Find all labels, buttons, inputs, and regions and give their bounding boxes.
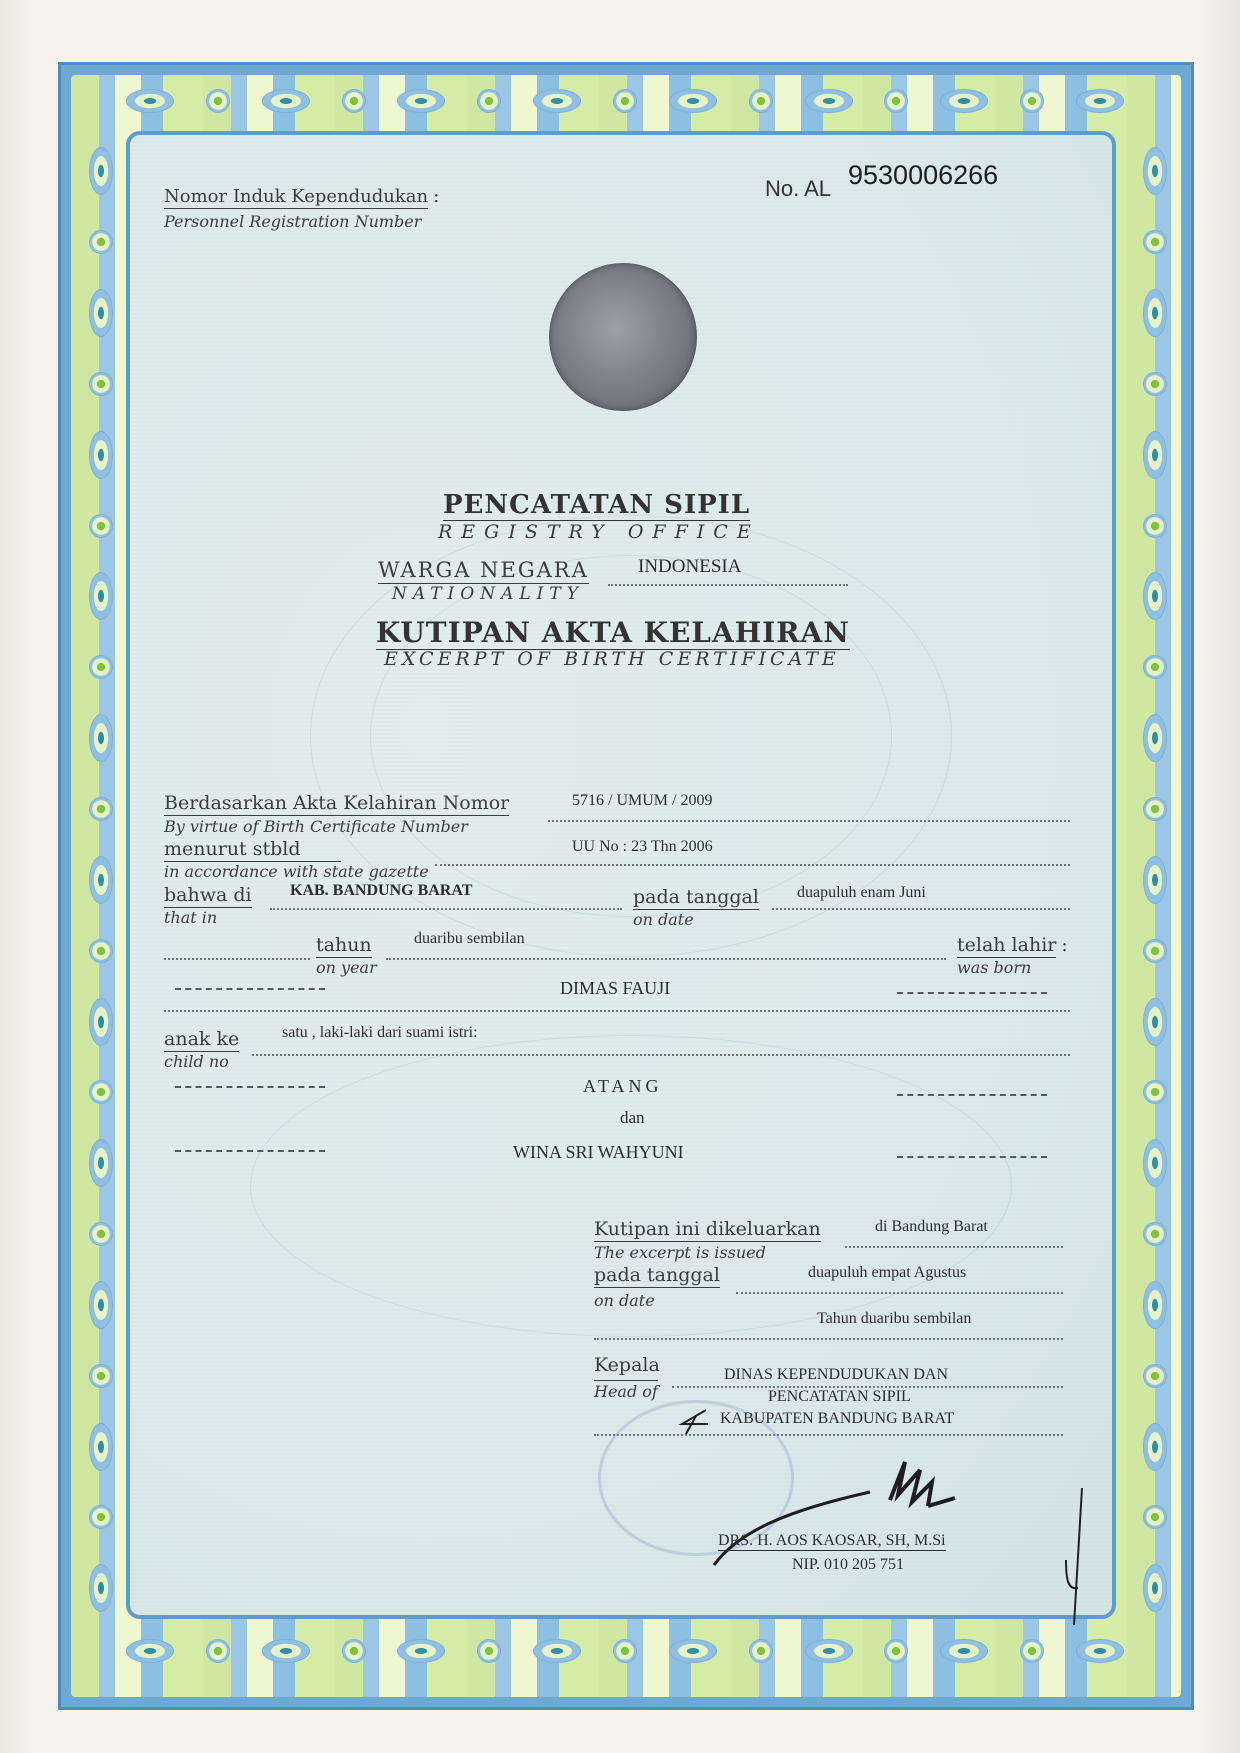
born-label: telah lahir : — [957, 934, 1068, 956]
child-no-dotline — [252, 1054, 1070, 1056]
father-name: ATANG — [583, 1076, 663, 1097]
mother-right-dash — [897, 1156, 1047, 1158]
nationality-label-id: WARGA NEGARA — [378, 558, 589, 584]
agency-line-3: KABUPATEN BANDUNG BARAT — [720, 1410, 954, 1428]
child-name-right-dash — [897, 992, 1047, 994]
issued-label: Kutipan ini dikeluarkan — [594, 1218, 821, 1240]
born-label-id: telah lahir — [957, 934, 1056, 958]
conjunction: dan — [620, 1108, 645, 1128]
registration-colon: : — [433, 186, 439, 207]
gazette-label-id: menurut stbld — [164, 838, 341, 862]
head-label: Kepala — [594, 1354, 660, 1376]
official-nip: NIP. 010 205 751 — [792, 1556, 904, 1574]
cert-number-label-en: By virtue of Birth Certificate Number — [164, 817, 468, 836]
issued-date-label-en: on date — [594, 1291, 655, 1310]
office-subtitle: REGISTRY OFFICE — [438, 521, 760, 543]
year-label-en: on year — [316, 958, 377, 977]
born-label-en: was born — [957, 958, 1031, 977]
issued-year: Tahun duaribu sembilan — [817, 1310, 971, 1328]
paraf-mark — [676, 1406, 716, 1436]
registration-label-id: Nomor Induk Kependudukan — [164, 186, 428, 209]
office-title: PENCATATAN SIPIL — [443, 490, 750, 521]
date-dotline — [772, 908, 1070, 910]
embossed-seal — [549, 263, 697, 411]
cert-number-label: Berdasarkan Akta Kelahiran Nomor — [164, 792, 509, 814]
border-ornaments-left — [86, 130, 116, 1630]
cert-number-label-id: Berdasarkan Akta Kelahiran Nomor — [164, 792, 509, 816]
serial-prefix: No. AL — [765, 176, 831, 202]
nationality-label-en: NATIONALITY — [392, 584, 584, 604]
head-label-en: Head of — [594, 1380, 658, 1401]
nationality-label: WARGA NEGARA — [378, 558, 589, 582]
date-label-id: pada tanggal — [633, 886, 759, 910]
born-colon: : — [1061, 935, 1067, 956]
child-name-dotline — [164, 1010, 1070, 1012]
issued-year-dotline — [594, 1338, 1063, 1340]
place-label: bahwa di — [164, 884, 252, 906]
year-value: duaribu sembilan — [414, 930, 525, 948]
issued-label-en: The excerpt is issued — [594, 1243, 766, 1262]
mother-name: WINA SRI WAHYUNI — [513, 1142, 684, 1163]
issued-place-dotline — [845, 1246, 1063, 1248]
gazette-dotline — [435, 864, 1070, 866]
year-dotline — [386, 958, 946, 960]
child-name: DIMAS FAUJI — [560, 978, 670, 999]
nationality-value: INDONESIA — [638, 556, 741, 578]
date-label-en: on date — [633, 910, 694, 929]
border-ornaments-bottom — [110, 1636, 1140, 1666]
date-label: pada tanggal — [633, 886, 759, 908]
father-right-dash — [897, 1094, 1047, 1096]
registration-label-en: Personnel Registration Number — [164, 212, 421, 231]
place-value: KAB. BANDUNG BARAT — [290, 882, 472, 900]
initial-mark — [1060, 1480, 1090, 1630]
issued-date-label-id: pada tanggal — [594, 1264, 720, 1288]
issued-label-id: Kutipan ini dikeluarkan — [594, 1218, 821, 1242]
issued-place: di Bandung Barat — [875, 1218, 988, 1236]
document-subtitle: EXCERPT OF BIRTH CERTIFICATE — [384, 648, 840, 670]
registration-number-label: Nomor Induk Kependudukan : — [164, 186, 439, 207]
head-label-id: Kepala — [594, 1354, 660, 1377]
document-title: KUTIPAN AKTA KELAHIRAN — [376, 616, 850, 650]
place-dotline — [270, 908, 622, 910]
nationality-dotline — [608, 584, 848, 586]
issued-date-label: pada tanggal — [594, 1264, 720, 1286]
mother-left-dash — [175, 1150, 325, 1152]
gazette-label: menurut stbld — [164, 838, 341, 860]
cert-number-value: 5716 / UMUM / 2009 — [572, 792, 712, 810]
child-no-label-id: anak ke — [164, 1028, 239, 1052]
child-no-label: anak ke — [164, 1028, 239, 1050]
child-name-left-dash — [175, 988, 325, 990]
child-no-value: satu , laki-laki dari suami istri: — [282, 1024, 478, 1042]
agency-line-2: PENCATATAN SIPIL — [768, 1388, 911, 1406]
child-no-label-en: child no — [164, 1052, 229, 1071]
issued-date-dotline — [736, 1292, 1063, 1294]
border-ornaments-right — [1140, 130, 1170, 1630]
father-left-dash — [175, 1086, 325, 1088]
agency-dotline-2 — [594, 1434, 1063, 1436]
serial-number: 9530006266 — [848, 160, 998, 191]
place-label-id: bahwa di — [164, 884, 252, 908]
year-label: tahun — [316, 934, 372, 956]
date-value: duapuluh enam Juni — [797, 884, 926, 902]
official-name: DRS. H. AOS KAOSAR, SH, M.Si — [718, 1532, 946, 1551]
gazette-value: UU No : 23 Thn 2006 — [572, 838, 713, 856]
agency-line-1: DINAS KEPENDUDUKAN DAN — [724, 1366, 948, 1384]
issued-date: duapuluh empat Agustus — [808, 1264, 966, 1282]
year-leading-dotline — [164, 958, 310, 960]
gazette-label-en: in accordance with state gazette — [164, 862, 429, 881]
place-label-en: that in — [164, 908, 217, 927]
border-ornaments-top — [110, 86, 1140, 116]
cert-number-dotline — [548, 820, 1070, 822]
year-label-id: tahun — [316, 934, 372, 958]
